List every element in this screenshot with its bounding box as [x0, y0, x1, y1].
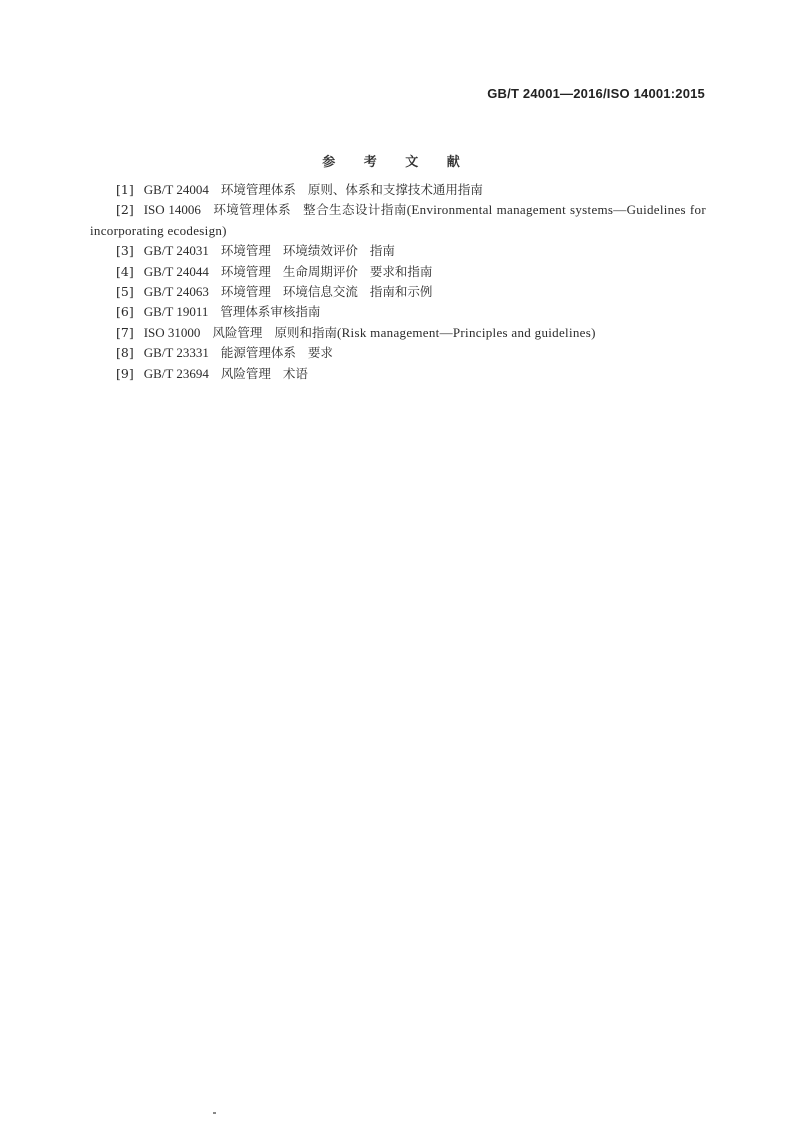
- reference-title-part: 原则和指南: [274, 325, 337, 340]
- reference-number: [4]: [116, 264, 134, 279]
- reference-title-part: 环境管理体系: [221, 182, 296, 197]
- reference-title-part: 风险管理: [212, 325, 262, 340]
- reference-english-title: (Risk management—Principles and guidelin…: [337, 325, 596, 340]
- reference-title-part: 要求: [308, 345, 333, 360]
- scan-speck: [213, 1112, 216, 1114]
- reference-code: GB/T 24063: [144, 284, 209, 299]
- reference-item-7: [7]ISO 31000风险管理原则和指南(Risk management—Pr…: [90, 323, 706, 343]
- reference-code: GB/T 24044: [144, 264, 209, 279]
- reference-title-part: 环境管理: [221, 284, 271, 299]
- reference-item-1: [1]GB/T 24004环境管理体系原则、体系和支撑技术通用指南: [90, 180, 706, 200]
- reference-item-2: [2]ISO 14006环境管理体系整合生态设计指南(Environmental…: [90, 200, 706, 241]
- reference-title-part: 指南: [370, 243, 395, 258]
- reference-code: ISO 14006: [144, 202, 201, 217]
- reference-title-part: 整合生态设计指南: [303, 202, 407, 217]
- reference-title-part: 要求和指南: [370, 264, 433, 279]
- reference-list: [1]GB/T 24004环境管理体系原则、体系和支撑技术通用指南 [2]ISO…: [90, 180, 706, 384]
- reference-title-part: 环境管理体系: [213, 202, 291, 217]
- reference-title-part: 环境管理: [221, 264, 271, 279]
- reference-number: [5]: [116, 284, 134, 299]
- section-title: 参 考 文 献: [0, 151, 794, 170]
- reference-code: GB/T 23694: [144, 366, 209, 381]
- reference-item-9: [9]GB/T 23694风险管理术语: [90, 364, 706, 384]
- reference-number: [7]: [116, 325, 134, 340]
- reference-number: [1]: [116, 182, 134, 197]
- reference-title-part: 管理体系审核指南: [220, 304, 320, 319]
- reference-code: GB/T 24004: [144, 182, 209, 197]
- reference-item-3: [3]GB/T 24031环境管理环境绩效评价指南: [90, 241, 706, 261]
- reference-number: [3]: [116, 243, 134, 258]
- reference-item-4: [4]GB/T 24044环境管理生命周期评价要求和指南: [90, 262, 706, 282]
- reference-item-8: [8]GB/T 23331能源管理体系要求: [90, 343, 706, 363]
- reference-code: GB/T 19011: [144, 304, 209, 319]
- reference-code: ISO 31000: [144, 325, 201, 340]
- reference-title-part: 风险管理: [221, 366, 271, 381]
- reference-title-part: 环境管理: [221, 243, 271, 258]
- reference-title-part: 生命周期评价: [283, 264, 358, 279]
- reference-title-part: 环境信息交流: [283, 284, 358, 299]
- reference-number: [6]: [116, 304, 134, 319]
- reference-number: [9]: [116, 366, 134, 381]
- reference-title-part: 能源管理体系: [221, 345, 296, 360]
- reference-item-5: [5]GB/T 24063环境管理环境信息交流指南和示例: [90, 282, 706, 302]
- reference-title-part: 原则、体系和支撑技术通用指南: [308, 182, 483, 197]
- reference-number: [2]: [116, 202, 134, 217]
- reference-title-part: 术语: [283, 366, 308, 381]
- reference-code: GB/T 24031: [144, 243, 209, 258]
- reference-title-part: 指南和示例: [370, 284, 433, 299]
- reference-number: [8]: [116, 345, 134, 360]
- reference-code: GB/T 23331: [144, 345, 209, 360]
- standard-header: GB/T 24001—2016/ISO 14001:2015: [487, 86, 705, 101]
- reference-item-6: [6]GB/T 19011管理体系审核指南: [90, 302, 706, 322]
- reference-title-part: 环境绩效评价: [283, 243, 358, 258]
